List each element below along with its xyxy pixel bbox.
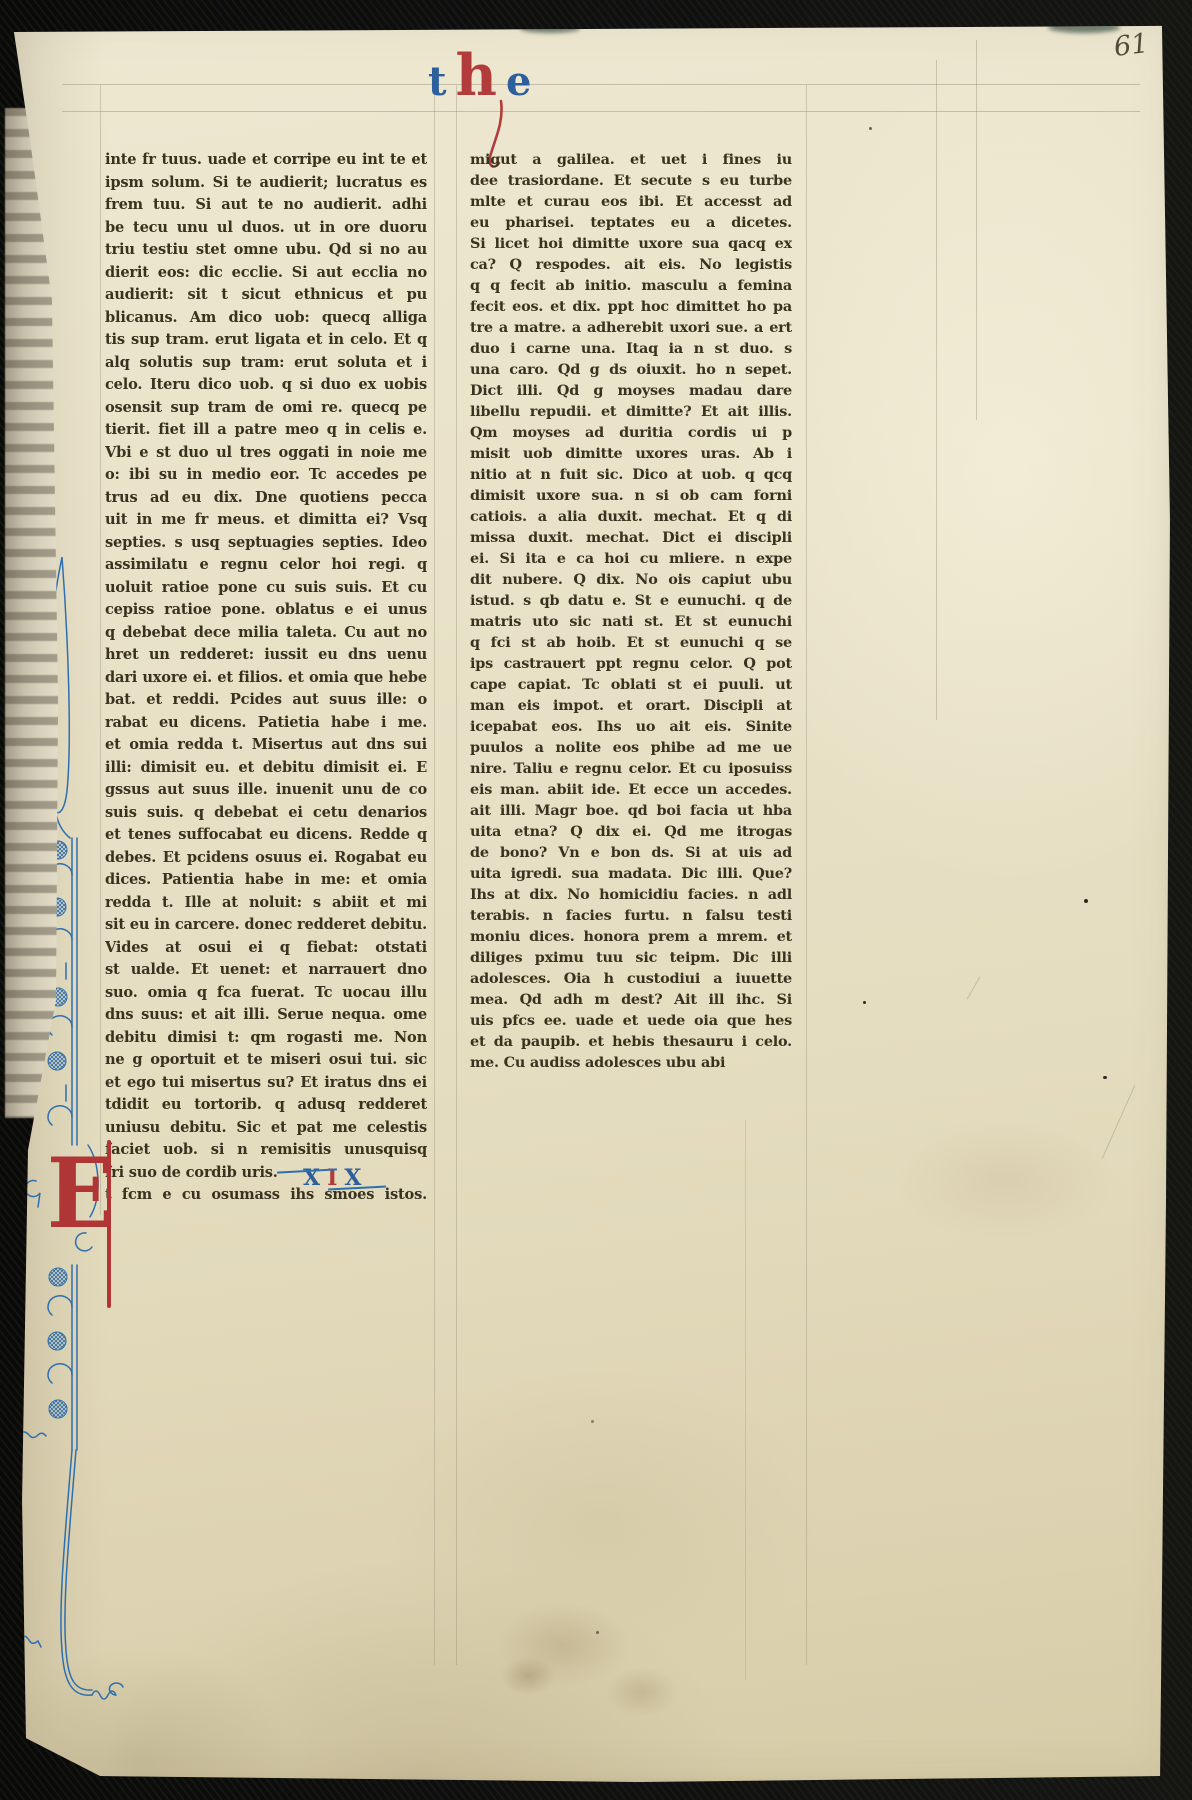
text-line: tis sup tram. erut ligata et in celo. Et…: [105, 329, 427, 352]
ink-speck: [596, 1631, 599, 1634]
text-line: rabat eu dicens. Patietia habe i me.: [105, 712, 427, 735]
text-line: ne g oportuit et te miseri osui tui. sic: [105, 1049, 427, 1072]
text-line: et da paupib. et hebis thesauru i celo.: [470, 1031, 792, 1052]
text-line: tdidit eu tortorib. q adusq redderet: [105, 1094, 427, 1117]
text-line: triu testiu stet omne ubu. Qd si no au: [105, 239, 427, 262]
text-line: o: ibi su in medio eor. Tc accedes pe: [105, 464, 427, 487]
text-line: uis pfcs ee. uade et uede oia que hes: [470, 1010, 792, 1031]
text-line: puulos a nolite eos phibe ad me ue: [470, 737, 792, 758]
text-line: suo. omia q fca fuerat. Tc uocau illu: [105, 982, 427, 1005]
ruling-line: [62, 84, 1140, 85]
ink-speck: [591, 1420, 594, 1423]
text-line: misit uob dimitte uxores uras. Ab i: [470, 443, 792, 464]
text-line: et tenes suffocabat eu dicens. Redde q: [105, 824, 427, 847]
text-line: uita etna? Q dix ei. Qd me itrogas: [470, 821, 792, 842]
text-line: eu pharisei. teptates eu a dicetes.: [470, 212, 792, 233]
text-line: alq solutis sup tram: erut soluta et i: [105, 352, 427, 375]
text-line: faciet uob. si n remisitis unusquisq: [105, 1139, 427, 1162]
text-line: et ego tui misertus su? Et iratus dns ei: [105, 1072, 427, 1095]
text-line: uit in me fr meus. et dimitta ei? Vsq: [105, 509, 427, 532]
crease-line: [936, 60, 937, 720]
folio-number: 61: [1112, 28, 1150, 63]
text-line: tierit. fiet ill a patre meo q in celis …: [105, 419, 427, 442]
text-line: nitio at n fuit sic. Dico at uob. q qcq: [470, 464, 792, 485]
text-line: diliges pximu tuu sic teipm. Dic illi: [470, 947, 792, 968]
text-line: istud. s qb datu e. St e eunuchi. q de: [470, 590, 792, 611]
text-line: mea. Qd adh m dest? Ait ill ihc. Si: [470, 989, 792, 1010]
text-line: mlte et curau eos ibi. Et accesst ad: [470, 191, 792, 212]
text-line: dee trasiordane. Et secute s eu turbe: [470, 170, 792, 191]
colored-glyph: X: [344, 1165, 368, 1191]
text-line: nire. Taliu e regnu celor. Et cu iposuis…: [470, 758, 792, 779]
text-line: migut a galilea. et uet i fines iu: [470, 149, 792, 170]
text-line: sit eu in carcere. donec redderet debitu…: [105, 914, 427, 937]
ruling-line: [806, 85, 807, 1665]
text-line: dns suus: et ait illi. Serue nequa. ome: [105, 1004, 427, 1027]
text-line: me. Cu audiss adolesces ubu abi: [470, 1052, 792, 1073]
text-line: uita igredi. sua madata. Dic illi. Que?: [470, 863, 792, 884]
colored-glyph: e: [506, 58, 540, 105]
text-line: man eis impot. et orart. Discipli at: [470, 695, 792, 716]
edge-smudge: [1048, 22, 1120, 33]
text-line: Dict illi. Qd g moyses madau dare: [470, 380, 792, 401]
text-line: blicanus. Am dico uob: quecq alliga: [105, 307, 427, 330]
text-line: st ualde. Et uenet: et narrauert dno: [105, 959, 427, 982]
text-line: celo. Iteru dico uob. q si duo ex uobis: [105, 374, 427, 397]
ink-speck: [1103, 1076, 1107, 1079]
text-line: adolesces. Oia h custodiui a iuuette: [470, 968, 792, 989]
text-line: ips castrauert ppt regnu celor. Q pot: [470, 653, 792, 674]
manuscript-page: the 61 inte fr tuus. uade et corripe eu …: [0, 0, 1192, 1800]
text-line: dimisit uxore sua. n si ob cam forni: [470, 485, 792, 506]
text-line: suis suis. q debebat ei cetu denarios: [105, 802, 427, 825]
text-line: q debebat dece milia taleta. Cu aut no: [105, 622, 427, 645]
ink-speck: [1084, 899, 1088, 903]
text-line: uniusu debitu. Sic et pat me celestis: [105, 1117, 427, 1140]
text-line: et omia redda t. Misertus aut dns sui: [105, 734, 427, 757]
colored-glyph: I: [327, 1165, 344, 1191]
text-line: Qm moyses ad duritia cordis ui p: [470, 422, 792, 443]
text-line: redda t. Ille at noluit: s abiit et mi: [105, 892, 427, 915]
text-line: libellu repudii. et dimitte? Et ait illi…: [470, 401, 792, 422]
text-line: missa duxit. mechat. Dict ei discipli: [470, 527, 792, 548]
crease-line: [1102, 1085, 1135, 1158]
text-line: t fcm e cu osumass ihs smoes istos.: [105, 1184, 427, 1207]
ink-speck: [869, 127, 872, 130]
crease-line: [976, 40, 977, 420]
text-line: septies. s usq septuagies septies. Ideo: [105, 532, 427, 555]
text-line: Vides at osui ei q fiebat: otstati: [105, 937, 427, 960]
text-column-right: migut a galilea. et uet i fines iudee tr…: [470, 149, 792, 1073]
text-line: be tecu unu ul duos. ut in ore duoru: [105, 217, 427, 240]
text-line: frem tuu. Si aut te no audierit. adhi: [105, 194, 427, 217]
text-line: tre a matre. a adherebit uxori sue. a er…: [470, 317, 792, 338]
edge-smudge: [520, 24, 580, 33]
text-line: fri suo de cordib uris.: [105, 1162, 427, 1185]
crease-line: [745, 1120, 746, 1680]
text-line: terabis. n facies furtu. n falsu testi: [470, 905, 792, 926]
text-line: matris uto sic nati st. Et st eunuchi: [470, 611, 792, 632]
binding-background: the 61 inte fr tuus. uade et corripe eu …: [0, 0, 1192, 1800]
text-line: ipsm solum. Si te audierit; lucratus es: [105, 172, 427, 195]
text-line: fecit eos. et dix. ppt hoc dimittet ho p…: [470, 296, 792, 317]
ink-speck: [863, 1001, 866, 1004]
text-line: q q fecit ab initio. masculu a femina: [470, 275, 792, 296]
text-line: dierit eos: dic ecclie. Si aut ecclia no: [105, 262, 427, 285]
text-line: uoluit ratioe pone cu suis suis. Et cu: [105, 577, 427, 600]
text-line: debes. Et pcidens osuus ei. Rogabat eu: [105, 847, 427, 870]
text-line: duo i carne una. Itaq ia n st duo. s: [470, 338, 792, 359]
chapter-numeral-xix: XIX: [303, 1165, 368, 1191]
text-line: de bono? Vn e bon ds. Si at uis ad: [470, 842, 792, 863]
text-line: ait illi. Magr boe. qd boi facia ut hba: [470, 800, 792, 821]
text-line: dari uxore ei. et filios. et omia que he…: [105, 667, 427, 690]
text-line: eis man. abiit ide. Et ecce un accedes.: [470, 779, 792, 800]
text-line: dices. Patientia habe in me: et omia: [105, 869, 427, 892]
text-line: debitu dimisi t: qm rogasti me. Non: [105, 1027, 427, 1050]
text-line: icepabat eos. Ihs uo ait eis. Sinite: [470, 716, 792, 737]
text-line: q fci st ab hoib. Et st eunuchi q se: [470, 632, 792, 653]
text-line: catiois. a alia duxit. mechat. Et q di: [470, 506, 792, 527]
text-line: ei. Si ita e ca hoi cu mliere. n expe: [470, 548, 792, 569]
text-line: audierit: sit t sicut ethnicus et pu: [105, 284, 427, 307]
text-line: cepiss ratioe pone. oblatus e ei unus: [105, 599, 427, 622]
text-line: ca? Q respodes. ait eis. No legistis: [470, 254, 792, 275]
text-line: Vbi e st duo ul tres oggati in noie me: [105, 442, 427, 465]
text-line: una caro. Qd g ds oiuxit. ho n sepet.: [470, 359, 792, 380]
text-line: moniu dices. honora prem a mrem. et: [470, 926, 792, 947]
ruling-line: [62, 111, 1140, 112]
text-line: gssus aut suus ille. inuenit unu de co: [105, 779, 427, 802]
text-line: inte fr tuus. uade et corripe eu int te …: [105, 149, 427, 172]
text-line: trus ad eu dix. Dne quotiens pecca: [105, 487, 427, 510]
text-line: assimilatu e regnu celor hoi regi. q: [105, 554, 427, 577]
text-line: Ihs at dix. No homicidiu facies. n adl: [470, 884, 792, 905]
illuminated-initial-e: E: [47, 1146, 114, 1242]
text-column-left: inte fr tuus. uade et corripe eu int te …: [105, 149, 427, 1207]
colored-glyph: X: [303, 1165, 327, 1191]
text-line: cape capiat. Tc oblati st ei puuli. ut: [470, 674, 792, 695]
text-line: Si licet hoi dimitte uxore sua qacq ex: [470, 233, 792, 254]
text-line: bat. et reddi. Pcides aut suus ille: o: [105, 689, 427, 712]
text-line: illi: dimisit eu. et debitu dimisit ei. …: [105, 757, 427, 780]
text-line: osensit sup tram de omi re. quecq pe: [105, 397, 427, 420]
ruling-line: [434, 85, 435, 1665]
text-line: dit nubere. Q dix. No ois capiut ubu: [470, 569, 792, 590]
text-line: hret un redderet: iussit eu dns uenu: [105, 644, 427, 667]
colored-glyph: t: [428, 58, 455, 105]
crease-line: [967, 976, 981, 999]
ruling-line: [456, 85, 457, 1665]
